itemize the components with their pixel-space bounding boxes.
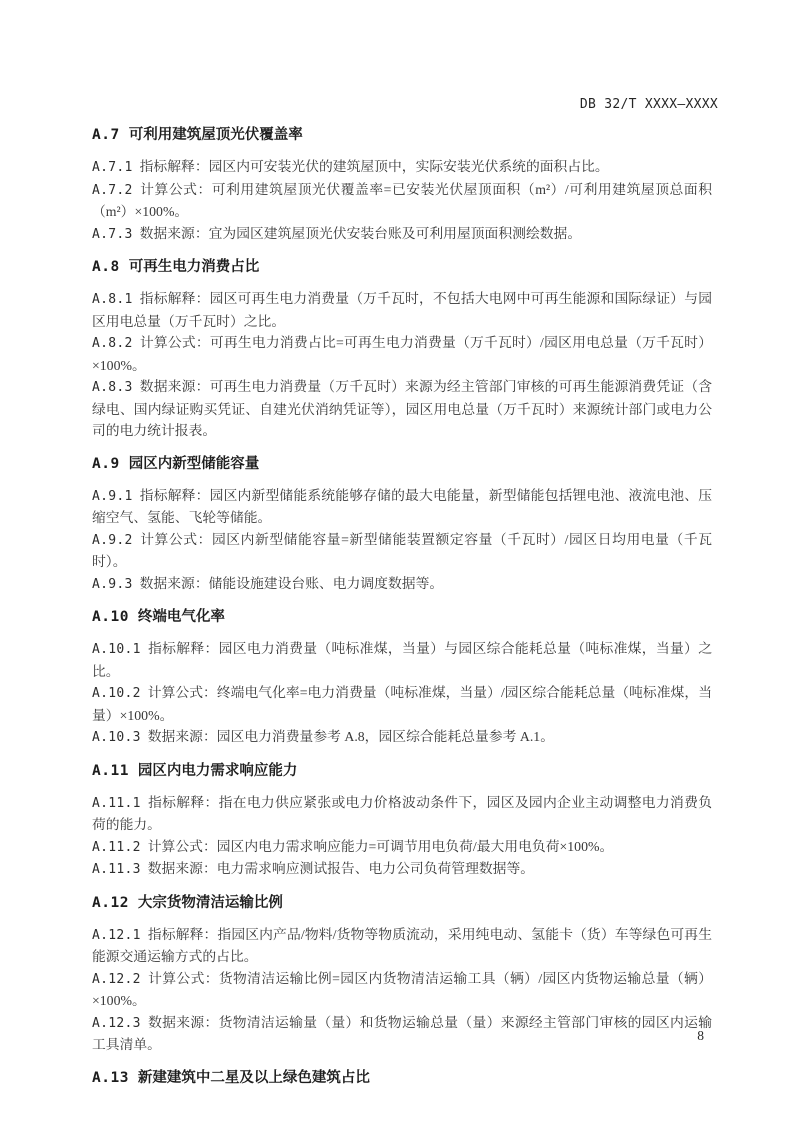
clause-paragraph: A.12.3数据来源：货物清洁运输量（量）和货物运输总量（量）来源经主管部门审核… [92,1012,712,1056]
section: A.11园区内电力需求响应能力 A.11.1指标解释：指在电力供应紧张或电力价格… [92,761,712,881]
section-number: A.9 [92,456,120,472]
clause-paragraph: A.10.3数据来源：园区电力消费量参考 A.8，园区综合能耗总量参考 A.1。 [92,726,712,749]
section-title: 园区内新型储能容量 [129,456,260,472]
section-title: 可利用建筑屋顶光伏覆盖率 [129,127,303,143]
clause-text: 计算公式：货物清洁运输比例=园区内货物清洁运输工具（辆）/园区内货物运输总量（辆… [92,971,712,1009]
clause-paragraph: A.12.1指标解释：指园区内产品/物料/货物等物质流动，采用纯电动、氢能卡（货… [92,924,712,968]
clause-paragraph: A.7.1指标解释：园区内可安装光伏的建筑屋顶中，实际安装光伏系统的面积占比。 [92,156,712,179]
section-items: A.12.1指标解释：指园区内产品/物料/货物等物质流动，采用纯电动、氢能卡（货… [92,924,712,1056]
section-number: A.11 [92,763,129,779]
clause-paragraph: A.12.2计算公式：货物清洁运输比例=园区内货物清洁运输工具（辆）/园区内货物… [92,968,712,1012]
clause-paragraph: A.9.3数据来源：储能设施建设台账、电力调度数据等。 [92,573,712,596]
section: A.8可再生电力消费占比 A.8.1指标解释：园区可再生电力消费量（万千瓦时，不… [92,257,712,442]
clause-paragraph: A.11.1指标解释：指在电力供应紧张或电力价格波动条件下，园区及园内企业主动调… [92,792,712,836]
clause-paragraph: A.11.2计算公式：园区内电力需求响应能力=可调节用电负荷/最大用电负荷×10… [92,836,712,859]
running-header: DB 32/T XXXX—XXXX [92,97,718,113]
clause-text: 数据来源：货物清洁运输量（量）和货物运输总量（量）来源经主管部门审核的园区内运输… [92,1015,712,1053]
section-number: A.7 [92,127,120,143]
document-page: DB 32/T XXXX—XXXX A.7可利用建筑屋顶光伏覆盖率 A.7.1指… [0,0,794,1123]
clause-paragraph: A.7.3数据来源：宜为园区建筑屋顶光伏安装台账及可利用屋顶面积测绘数据。 [92,223,712,246]
section-number: A.12 [92,895,129,911]
clause-number: A.12.2 [92,972,141,987]
clause-number: A.11.3 [92,862,141,877]
clause-text: 指标解释：园区内新型储能系统能够存储的最大电能量，新型储能包括锂电池、液流电池、… [92,488,712,526]
clause-text: 计算公式：可利用建筑屋顶光伏覆盖率=已安装光伏屋顶面积（m²）/可利用建筑屋顶总… [92,182,712,220]
section-heading: A.12大宗货物清洁运输比例 [92,893,712,913]
clause-text: 指标解释：园区可再生电力消费量（万千瓦时，不包括大电网中可再生能源和国际绿证）与… [92,291,712,329]
clause-text: 指标解释：指在电力供应紧张或电力价格波动条件下，园区及园内企业主动调整电力消费负… [92,795,712,833]
section-items: A.11.1指标解释：指在电力供应紧张或电力价格波动条件下，园区及园内企业主动调… [92,792,712,881]
clause-paragraph: A.7.2计算公式：可利用建筑屋顶光伏覆盖率=已安装光伏屋顶面积（m²）/可利用… [92,179,712,223]
clause-text: 数据来源：可再生电力消费量（万千瓦时）来源为经主管部门审核的可再生能源消费凭证（… [92,379,712,438]
clause-number: A.12.1 [92,928,141,943]
section-title: 新建建筑中二星及以上绿色建筑占比 [138,1070,370,1086]
clause-number: A.12.3 [92,1016,141,1031]
clause-text: 数据来源：宜为园区建筑屋顶光伏安装台账及可利用屋顶面积测绘数据。 [140,226,582,241]
section-title: 园区内电力需求响应能力 [138,763,298,779]
section-title: 大宗货物清洁运输比例 [138,895,283,911]
clause-number: A.10.1 [92,642,141,657]
section: A.9园区内新型储能容量 A.9.1指标解释：园区内新型储能系统能够存储的最大电… [92,454,712,596]
section-items: A.8.1指标解释：园区可再生电力消费量（万千瓦时，不包括大电网中可再生能源和国… [92,288,712,442]
clause-text: 指标解释：园区电力消费量（吨标准煤，当量）与园区综合能耗总量（吨标准煤，当量）之… [92,641,712,679]
clause-text: 计算公式：可再生电力消费占比=可再生电力消费量（万千瓦时）/园区用电总量（万千瓦… [92,335,712,373]
clause-paragraph: A.9.1指标解释：园区内新型储能系统能够存储的最大电能量，新型储能包括锂电池、… [92,485,712,529]
section: A.12大宗货物清洁运输比例 A.12.1指标解释：指园区内产品/物料/货物等物… [92,893,712,1056]
section: A.7可利用建筑屋顶光伏覆盖率 A.7.1指标解释：园区内可安装光伏的建筑屋顶中… [92,125,712,245]
clause-text: 数据来源：储能设施建设台账、电力调度数据等。 [140,576,444,591]
section-items: A.9.1指标解释：园区内新型储能系统能够存储的最大电能量，新型储能包括锂电池、… [92,485,712,596]
clause-number: A.10.2 [92,686,141,701]
section-items: A.7.1指标解释：园区内可安装光伏的建筑屋顶中，实际安装光伏系统的面积占比。 … [92,156,712,245]
section-title: 可再生电力消费占比 [129,259,260,275]
clause-text: 指标解释：园区内可安装光伏的建筑屋顶中，实际安装光伏系统的面积占比。 [140,159,609,174]
clause-paragraph: A.8.3数据来源：可再生电力消费量（万千瓦时）来源为经主管部门审核的可再生能源… [92,376,712,442]
clause-paragraph: A.8.2计算公式：可再生电力消费占比=可再生电力消费量（万千瓦时）/园区用电总… [92,332,712,376]
section: A.10终端电气化率 A.10.1指标解释：园区电力消费量（吨标准煤，当量）与园… [92,607,712,749]
clause-text: 指标解释：指园区内产品/物料/货物等物质流动，采用纯电动、氢能卡（货）车等绿色可… [92,927,712,965]
clause-number: A.7.2 [92,183,133,198]
clause-paragraph: A.11.3数据来源：电力需求响应测试报告、电力公司负荷管理数据等。 [92,858,712,881]
clause-number: A.7.3 [92,227,133,242]
clause-number: A.9.2 [92,533,133,548]
document-content: A.7可利用建筑屋顶光伏覆盖率 A.7.1指标解释：园区内可安装光伏的建筑屋顶中… [92,125,712,1088]
clause-paragraph: A.9.2计算公式：园区内新型储能容量=新型储能装置额定容量（千瓦时）/园区日均… [92,529,712,573]
section-heading: A.13新建建筑中二星及以上绿色建筑占比 [92,1068,712,1088]
page-number: 8 [697,1028,704,1044]
clause-number: A.8.3 [92,380,133,395]
clause-number: A.7.1 [92,160,133,175]
clause-paragraph: A.10.1指标解释：园区电力消费量（吨标准煤，当量）与园区综合能耗总量（吨标准… [92,638,712,682]
section-items: A.10.1指标解释：园区电力消费量（吨标准煤，当量）与园区综合能耗总量（吨标准… [92,638,712,749]
section-heading: A.9园区内新型储能容量 [92,454,712,474]
clause-paragraph: A.8.1指标解释：园区可再生电力消费量（万千瓦时，不包括大电网中可再生能源和国… [92,288,712,332]
section-number: A.8 [92,259,120,275]
clause-text: 数据来源：园区电力消费量参考 A.8，园区综合能耗总量参考 A.1。 [148,729,554,744]
clause-paragraph: A.10.2计算公式：终端电气化率=电力消费量（吨标准煤，当量）/园区综合能耗总… [92,682,712,726]
clause-number: A.8.1 [92,292,133,307]
clause-number: A.11.2 [92,840,141,855]
section: A.13新建建筑中二星及以上绿色建筑占比 [92,1068,712,1088]
section-heading: A.8可再生电力消费占比 [92,257,712,277]
clause-number: A.9.1 [92,489,133,504]
section-heading: A.11园区内电力需求响应能力 [92,761,712,781]
clause-text: 计算公式：园区内电力需求响应能力=可调节用电负荷/最大用电负荷×100%。 [148,839,614,854]
clause-number: A.8.2 [92,336,133,351]
clause-text: 计算公式：园区内新型储能容量=新型储能装置额定容量（千瓦时）/园区日均用电量（千… [92,532,712,570]
clause-text: 数据来源：电力需求响应测试报告、电力公司负荷管理数据等。 [148,861,534,876]
section-heading: A.7可利用建筑屋顶光伏覆盖率 [92,125,712,145]
section-title: 终端电气化率 [138,609,225,625]
section-heading: A.10终端电气化率 [92,607,712,627]
clause-number: A.9.3 [92,577,133,592]
clause-number: A.10.3 [92,730,141,745]
clause-text: 计算公式：终端电气化率=电力消费量（吨标准煤，当量）/园区综合能耗总量（吨标准煤… [92,685,712,723]
section-number: A.13 [92,1070,129,1086]
section-number: A.10 [92,609,129,625]
clause-number: A.11.1 [92,796,141,811]
